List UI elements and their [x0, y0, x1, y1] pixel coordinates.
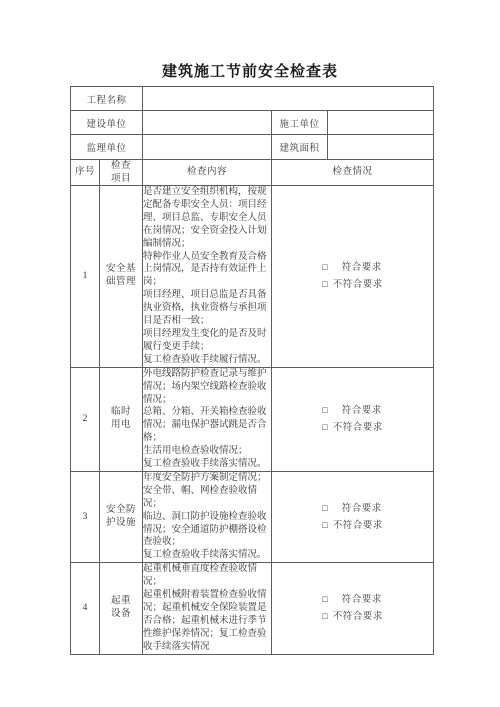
status-option-label: 不符合要求	[333, 280, 383, 290]
status-option-fail[interactable]: □不符合要求	[322, 419, 382, 436]
supervisor-label: 监理单位	[71, 135, 143, 160]
status-option-label: 不符合要求	[333, 521, 383, 531]
header-no: 序号	[71, 160, 100, 186]
status-option-label: 不符合要求	[333, 612, 383, 622]
status-option-fail[interactable]: □不符合要求	[322, 276, 382, 293]
page-title: 建筑施工节前安全检查表	[0, 60, 500, 81]
row-item-label: 临时 用电	[100, 367, 143, 471]
document-page: 建筑施工节前安全检查表 工程名称 建设单位 施工单位 监理单位 建筑面积 序号 …	[0, 0, 500, 707]
status-cell: □符合要求 □不符合要求	[272, 471, 434, 562]
construction-org-field[interactable]	[143, 111, 272, 135]
table-header-row: 序号 检查 项目 检查内容 检查情况	[71, 160, 434, 186]
checkbox-icon[interactable]: □	[322, 500, 327, 516]
checkbox-icon[interactable]: □	[322, 276, 327, 292]
status-cell: □符合要求 □不符合要求	[272, 563, 434, 654]
project-name-field[interactable]	[143, 87, 434, 111]
status-option-label: 符合要求	[342, 595, 382, 605]
status-option-fail[interactable]: □不符合要求	[322, 517, 382, 534]
row-content-text: 外电线路防护检查记录与维护情况；场内架空线路检查验收情况； 总箱、分箱、开关箱检…	[143, 367, 272, 471]
project-name-label: 工程名称	[71, 87, 143, 111]
supervisor-field[interactable]	[143, 135, 272, 160]
header-content: 检查内容	[143, 160, 272, 186]
row-construction-org: 建设单位 施工单位	[71, 111, 434, 135]
row-number: 4	[71, 563, 100, 654]
status-option-label: 不符合要求	[333, 423, 383, 433]
table-row-4: 4 起重 设备 起重机械垂直度检查验收情况； 起重机械附着装置检查验收情况；起重…	[71, 563, 434, 654]
row-item-label: 起重 设备	[100, 563, 143, 654]
floor-area-field[interactable]	[328, 135, 434, 160]
contractor-field[interactable]	[328, 111, 434, 135]
header-item: 检查 项目	[100, 160, 143, 186]
table-row-1: 1 安全基 础管理 是否建立安全组织机构，按规定配备专职安全人员：项目经理、项目…	[71, 186, 434, 368]
checkbox-icon[interactable]: □	[322, 591, 327, 607]
row-item-label: 安全防 护设施	[100, 471, 143, 562]
contractor-label: 施工单位	[272, 111, 328, 135]
row-number: 2	[71, 367, 100, 471]
floor-area-label: 建筑面积	[272, 135, 328, 160]
table-row-2: 2 临时 用电 外电线路防护检查记录与维护情况；场内架空线路检查验收情况； 总箱…	[71, 367, 434, 471]
row-supervisor: 监理单位 建筑面积	[71, 135, 434, 160]
status-option-pass[interactable]: □符合要求	[322, 591, 382, 608]
row-number: 1	[71, 186, 100, 368]
checkbox-icon[interactable]: □	[322, 517, 327, 533]
status-option-fail[interactable]: □不符合要求	[322, 608, 382, 625]
row-number: 3	[71, 471, 100, 562]
row-content-text: 是否建立安全组织机构，按规定配备专职安全人员：项目经理、项目总监、专职安全人员在…	[143, 186, 272, 368]
status-option-label: 符合要求	[342, 504, 382, 514]
header-status: 检查情况	[272, 160, 434, 186]
status-option-pass[interactable]: □符合要求	[322, 500, 382, 517]
table-row-3: 3 安全防 护设施 年度安全防护方案制定情况； 安全带、帽、网检查验收情况； 临…	[71, 471, 434, 562]
construction-org-label: 建设单位	[71, 111, 143, 135]
checkbox-icon[interactable]: □	[322, 402, 327, 418]
status-option-label: 符合要求	[342, 406, 382, 416]
row-content-text: 年度安全防护方案制定情况； 安全带、帽、网检查验收情况； 临边、洞口防护设施检查…	[143, 471, 272, 562]
row-item-label: 安全基 础管理	[100, 186, 143, 368]
status-option-pass[interactable]: □符合要求	[322, 402, 382, 419]
row-content-text: 起重机械垂直度检查验收情况； 起重机械附着装置检查验收情况；起重机械安全保险装置…	[143, 563, 272, 654]
status-option-pass[interactable]: □符合要求	[322, 259, 382, 276]
status-cell: □符合要求 □不符合要求	[272, 367, 434, 471]
checkbox-icon[interactable]: □	[322, 608, 327, 624]
status-cell: □符合要求 □不符合要求	[272, 186, 434, 368]
checkbox-icon[interactable]: □	[322, 259, 327, 275]
inspection-table: 工程名称 建设单位 施工单位 监理单位 建筑面积 序号 检查 项目 检查内容 检…	[70, 86, 434, 655]
row-project-name: 工程名称	[71, 87, 434, 111]
status-option-label: 符合要求	[342, 263, 382, 273]
checkbox-icon[interactable]: □	[322, 419, 327, 435]
